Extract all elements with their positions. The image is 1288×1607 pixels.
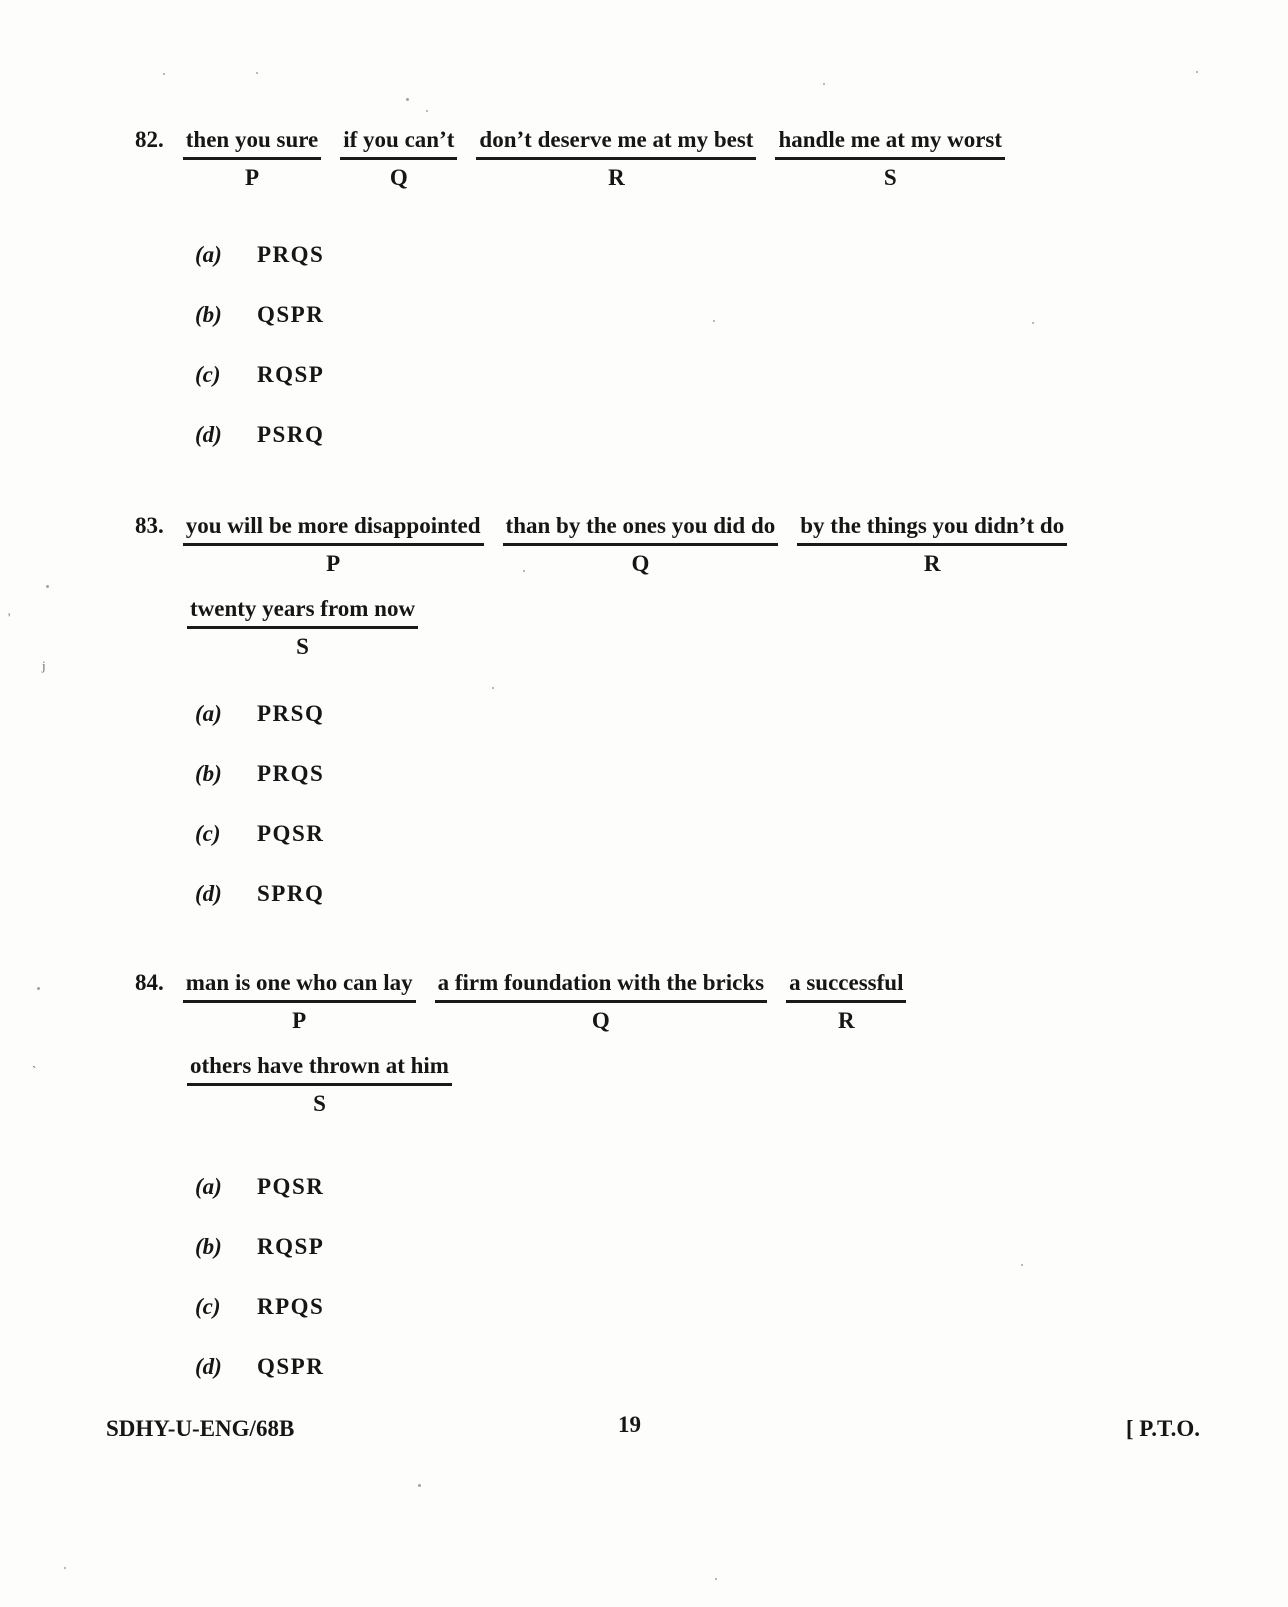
segment-text: man is one who can lay <box>183 969 416 1003</box>
option-key: (b) <box>195 760 233 787</box>
question-82-sentence-line: 82. then you sure P if you can’t Q don’t… <box>135 126 1233 191</box>
sentence-segment-q: than by the ones you did do Q <box>503 512 779 577</box>
option-b: (b) RQSP <box>195 1233 1233 1260</box>
option-value: SPRQ <box>257 880 324 907</box>
segment-label: P <box>183 1003 416 1034</box>
segment-text: a firm foundation with the bricks <box>435 969 768 1003</box>
segment-label: S <box>775 160 1005 191</box>
option-value: RQSP <box>257 361 324 388</box>
segment-text: don’t deserve me at my best <box>476 126 756 160</box>
scan-speck <box>823 83 825 85</box>
option-b: (b) QSPR <box>195 301 1233 328</box>
page-footer: SDHY-U-ENG/68B 19 [ P.T.O. <box>106 1416 1200 1442</box>
segment-label: P <box>183 160 322 191</box>
sentence-segment-s: others have thrown at him S <box>187 1052 452 1117</box>
scanned-exam-page: 82. then you sure P if you can’t Q don’t… <box>0 0 1288 1607</box>
question-83-options: (a) PRSQ (b) PRQS (c) PQSR (d) SPRQ <box>195 700 1233 907</box>
question-83: 83. you will be more disappointed P than… <box>135 512 1233 907</box>
option-value: PRQS <box>257 760 324 787</box>
scan-mark: ' <box>8 610 10 626</box>
sentence-segment-p: then you sure P <box>183 126 322 191</box>
scan-speck <box>715 1578 717 1580</box>
option-value: RQSP <box>257 1233 324 1260</box>
sentence-segment-r: a successful R <box>786 969 906 1034</box>
option-key: (d) <box>195 421 233 448</box>
option-c: (c) RPQS <box>195 1293 1233 1320</box>
segment-label: P <box>183 546 484 577</box>
segment-label: R <box>786 1003 906 1034</box>
page-number: 19 <box>618 1412 641 1438</box>
segment-text: a successful <box>786 969 906 1003</box>
option-value: RPQS <box>257 1293 324 1320</box>
scan-speck <box>1032 322 1034 324</box>
segment-label: S <box>187 629 418 660</box>
question-number: 84. <box>135 969 164 996</box>
segment-label: R <box>797 546 1067 577</box>
scan-speck <box>492 687 494 689</box>
option-a: (a) PQSR <box>195 1173 1233 1200</box>
segment-text: by the things you didn’t do <box>797 512 1067 546</box>
segment-text: you will be more disappointed <box>183 512 484 546</box>
question-83-sentence-line: 83. you will be more disappointed P than… <box>135 512 1233 577</box>
scan-speck <box>1021 1264 1023 1266</box>
option-key: (c) <box>195 361 233 388</box>
option-value: PRQS <box>257 241 324 268</box>
option-key: (b) <box>195 1233 233 1260</box>
option-key: (a) <box>195 1173 233 1200</box>
segment-label: R <box>476 160 756 191</box>
booklet-code: SDHY-U-ENG/68B <box>106 1416 294 1442</box>
segment-text: than by the ones you did do <box>503 512 779 546</box>
question-84-sentence-line: 84. man is one who can lay P a firm foun… <box>135 969 1233 1034</box>
sentence-segment-q: if you can’t Q <box>340 126 457 191</box>
question-82: 82. then you sure P if you can’t Q don’t… <box>135 126 1233 448</box>
question-82-options: (a) PRQS (b) QSPR (c) RQSP (d) PSRQ <box>195 241 1233 448</box>
scan-mark: ` <box>32 1063 36 1079</box>
option-d: (d) SPRQ <box>195 880 1233 907</box>
option-key: (d) <box>195 880 233 907</box>
option-value: PQSR <box>257 820 324 847</box>
option-a: (a) PRQS <box>195 241 1233 268</box>
sentence-segment-q: a firm foundation with the bricks Q <box>435 969 768 1034</box>
scan-speck <box>256 72 258 74</box>
question-number: 83. <box>135 512 164 539</box>
option-b: (b) PRQS <box>195 760 1233 787</box>
scan-speck <box>406 98 409 101</box>
segment-label: S <box>187 1086 452 1117</box>
scan-speck <box>426 110 428 112</box>
option-value: QSPR <box>257 301 324 328</box>
option-d: (d) QSPR <box>195 1353 1233 1380</box>
scan-speck <box>163 73 165 75</box>
question-83-sentence-line-2: twenty years from now S <box>187 595 1233 660</box>
option-c: (c) PQSR <box>195 820 1233 847</box>
scan-speck <box>1196 71 1198 73</box>
segment-text: handle me at my worst <box>775 126 1005 160</box>
option-key: (b) <box>195 301 233 328</box>
scan-mark: j <box>42 658 46 674</box>
sentence-segment-s: handle me at my worst S <box>775 126 1005 191</box>
option-key: (a) <box>195 700 233 727</box>
segment-label: Q <box>435 1003 768 1034</box>
option-key: (a) <box>195 241 233 268</box>
pto-note: [ P.T.O. <box>1126 1416 1200 1442</box>
option-value: PSRQ <box>257 421 324 448</box>
segment-text: if you can’t <box>340 126 457 160</box>
scan-speck <box>523 570 525 572</box>
sentence-segment-s: twenty years from now S <box>187 595 418 660</box>
segment-text: then you sure <box>183 126 322 160</box>
question-84-sentence-line-2: others have thrown at him S <box>187 1052 1233 1117</box>
option-key: (c) <box>195 820 233 847</box>
question-number: 82. <box>135 126 164 153</box>
scan-speck <box>37 987 40 990</box>
option-value: PQSR <box>257 1173 324 1200</box>
option-key: (d) <box>195 1353 233 1380</box>
sentence-segment-r: don’t deserve me at my best R <box>476 126 756 191</box>
sentence-segment-p: you will be more disappointed P <box>183 512 484 577</box>
sentence-segment-r: by the things you didn’t do R <box>797 512 1067 577</box>
option-d: (d) PSRQ <box>195 421 1233 448</box>
question-84: 84. man is one who can lay P a firm foun… <box>135 969 1233 1380</box>
scan-speck <box>64 1567 66 1569</box>
option-c: (c) RQSP <box>195 361 1233 388</box>
sentence-segment-p: man is one who can lay P <box>183 969 416 1034</box>
scan-speck <box>418 1484 421 1487</box>
page-content: 82. then you sure P if you can’t Q don’t… <box>135 126 1233 1380</box>
scan-speck <box>46 585 49 588</box>
option-value: PRSQ <box>257 700 324 727</box>
option-a: (a) PRSQ <box>195 700 1233 727</box>
option-value: QSPR <box>257 1353 324 1380</box>
segment-label: Q <box>340 160 457 191</box>
segment-text: twenty years from now <box>187 595 418 629</box>
segment-label: Q <box>503 546 779 577</box>
option-key: (c) <box>195 1293 233 1320</box>
question-84-options: (a) PQSR (b) RQSP (c) RPQS (d) QSPR <box>195 1173 1233 1380</box>
scan-speck <box>713 320 715 322</box>
segment-text: others have thrown at him <box>187 1052 452 1086</box>
